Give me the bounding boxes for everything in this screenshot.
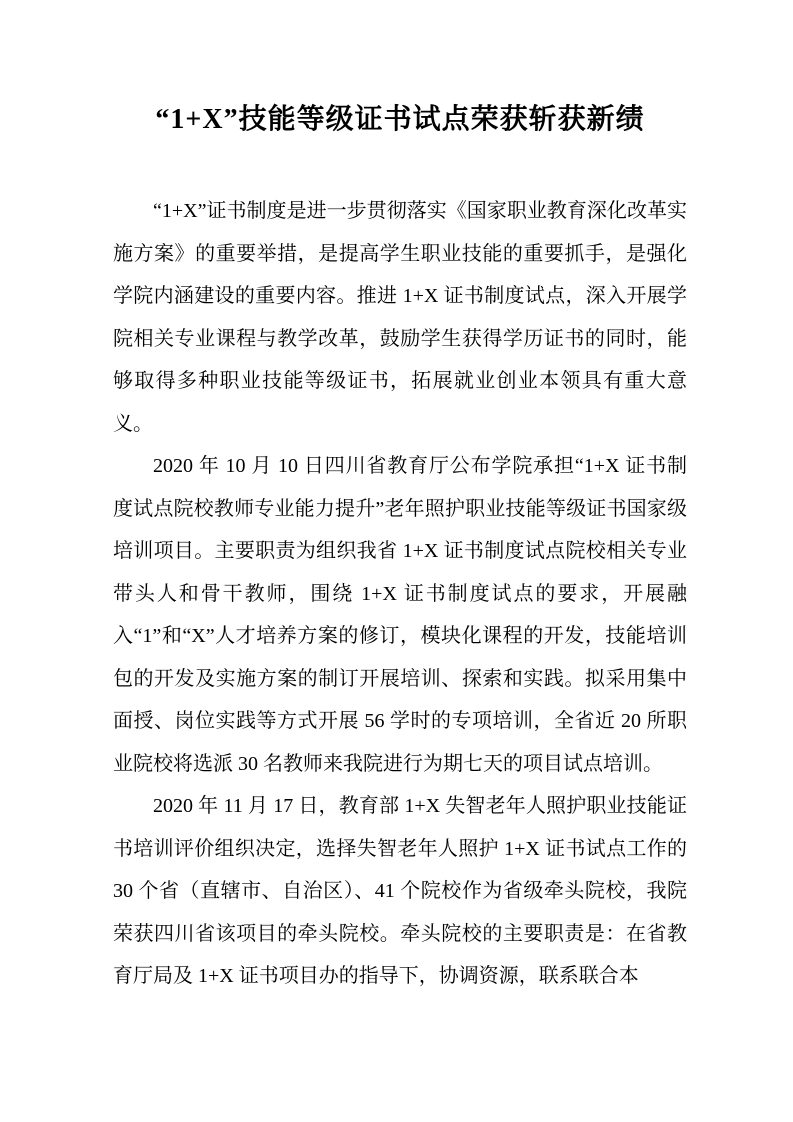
paragraph-3: 2020 年 11 月 17 日，教育部 1+X 失智老年人照护职业技能证书培训…	[113, 785, 687, 998]
document-title: “1+X”技能等级证书试点荣获斩获新绩	[113, 100, 687, 140]
paragraph-1: “1+X”证书制度是进一步贯彻落实《国家职业教育深化改革实施方案》的重要举措，是…	[113, 190, 687, 445]
document-content: “1+X”技能等级证书试点荣获斩获新绩 “1+X”证书制度是进一步贯彻落实《国家…	[0, 0, 793, 998]
paragraph-2: 2020 年 10 月 10 日四川省教育厅公布学院承担“1+X 证书制度试点院…	[113, 445, 687, 785]
document-page: “1+X”技能等级证书试点荣获斩获新绩 “1+X”证书制度是进一步贯彻落实《国家…	[0, 0, 793, 1122]
